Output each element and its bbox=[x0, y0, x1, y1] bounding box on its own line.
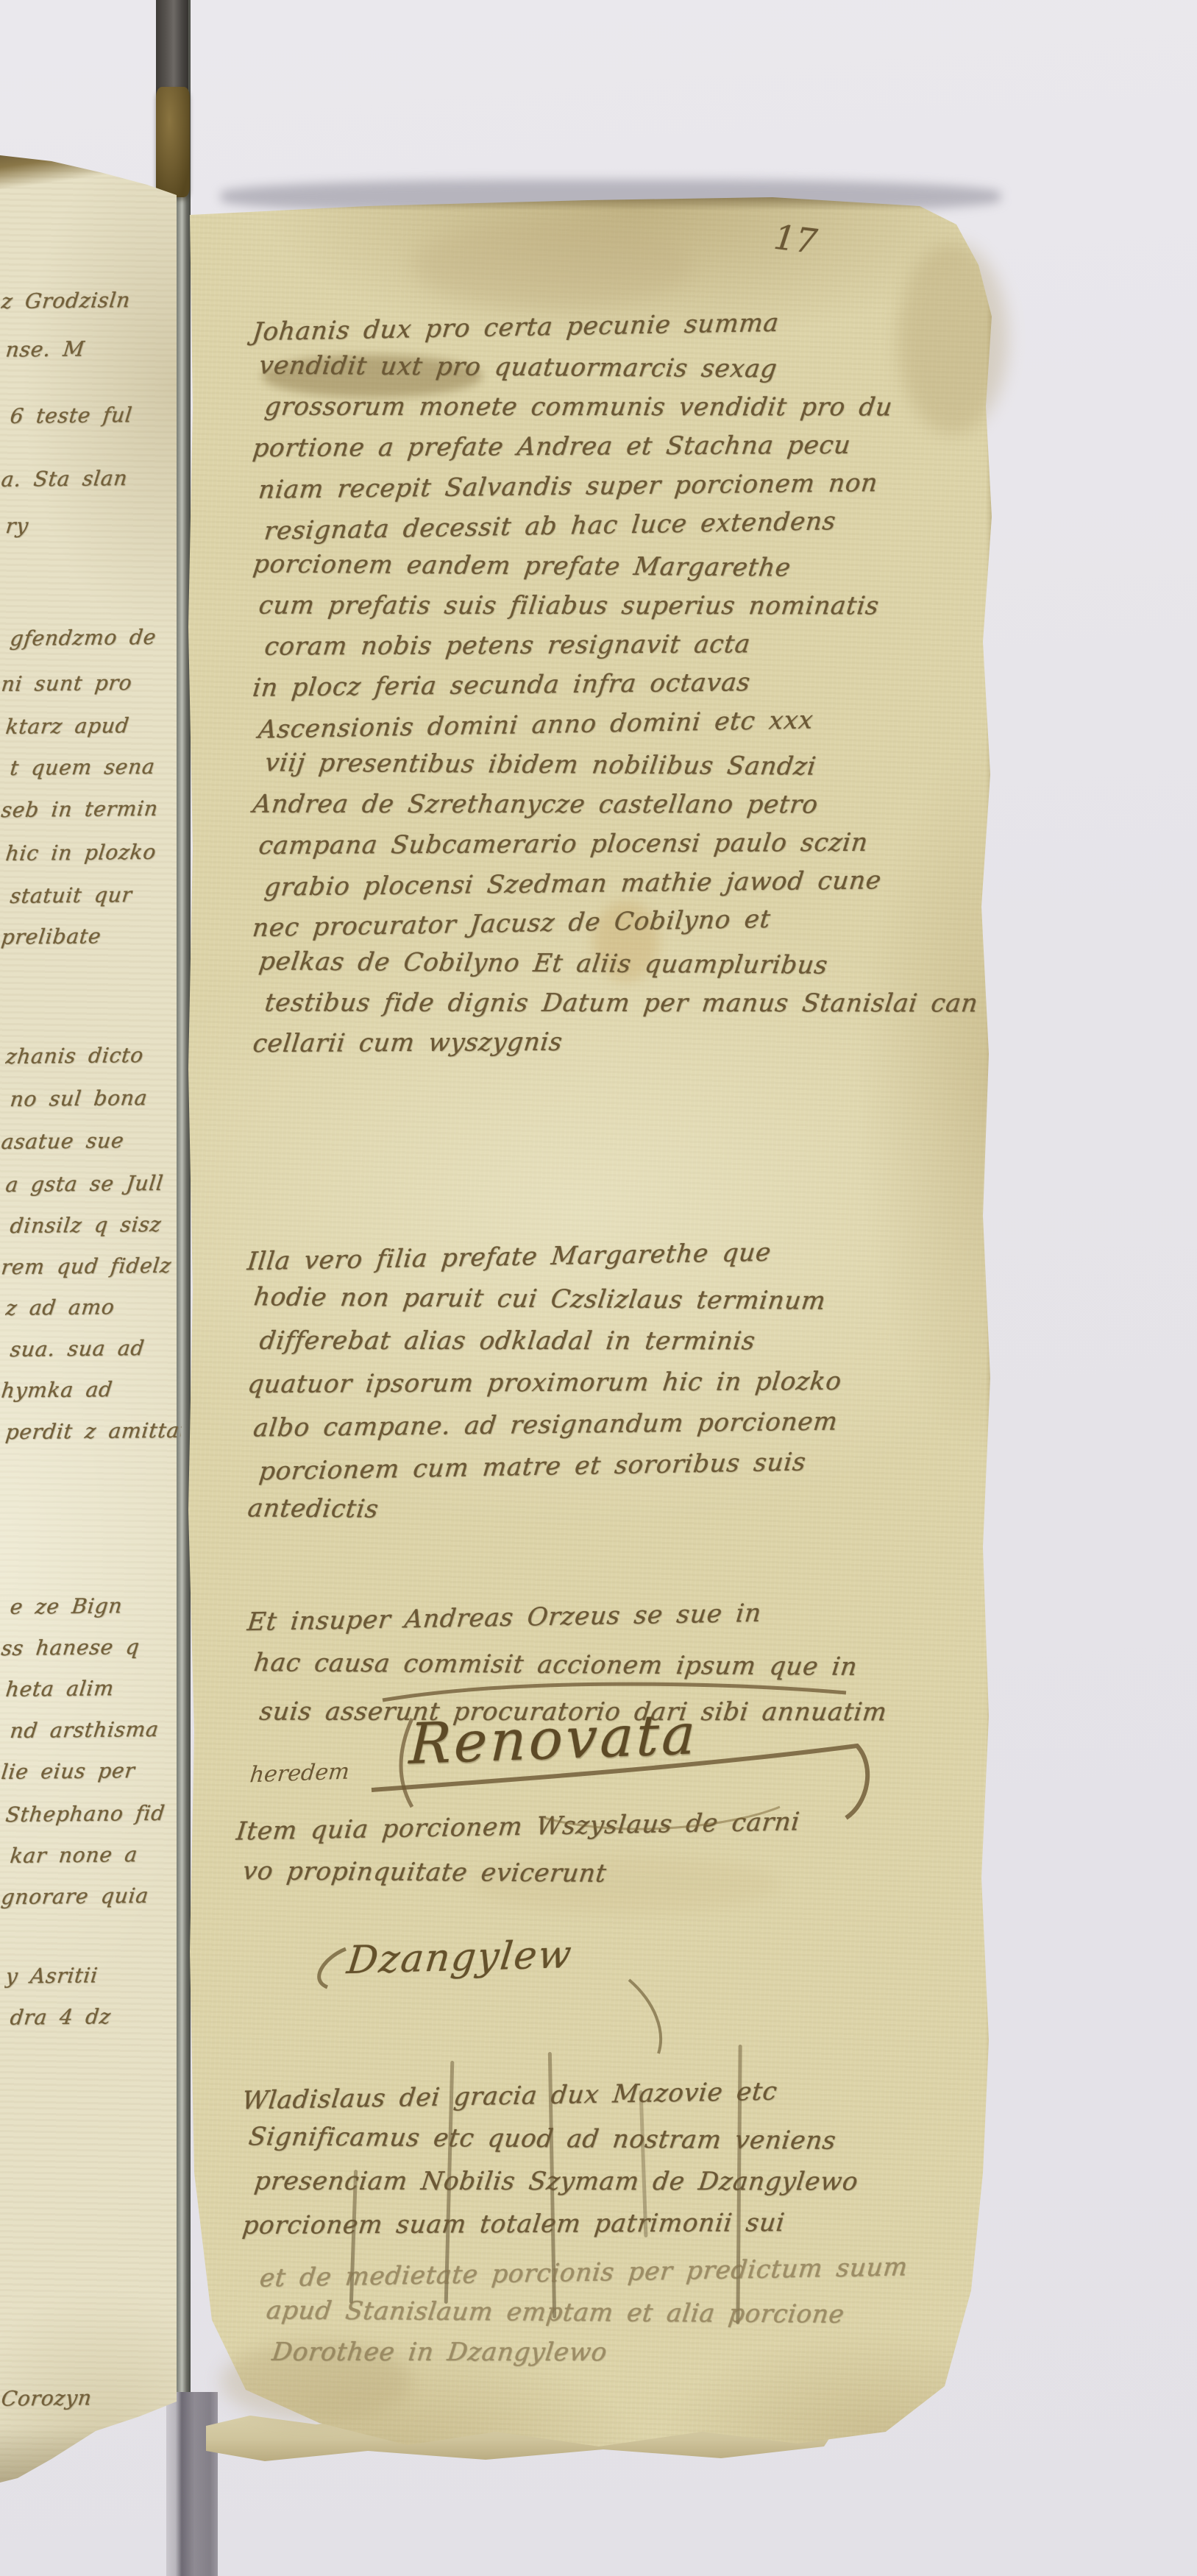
manuscript-line: viij presentibus ibidem nobilibus Sandzi bbox=[263, 748, 818, 781]
manuscript-line: coram nobis petens resignavit acta bbox=[263, 629, 752, 661]
section-heading: Dzangylew bbox=[345, 1933, 575, 1983]
manuscript-line: cellarii cum wyszygnis bbox=[252, 1027, 564, 1058]
manuscript-line: vendidit uxt pro quatuormarcis sexag bbox=[257, 351, 779, 384]
manuscript-line: Et insuper Andreas Orzeus se sue in bbox=[246, 1599, 763, 1637]
manuscript-line: presenciam Nobilis Szymam de Dzangylewo bbox=[253, 2167, 860, 2197]
manuscript-line: resignata decessit ab hac luce extendens bbox=[263, 506, 837, 546]
manuscript-line: vo propinquitate evicerunt bbox=[241, 1856, 608, 1888]
manuscript-line: Wladislaus dei gracia dux Mazovie etc bbox=[241, 2077, 779, 2116]
manuscript-line: Johanis dux pro certa pecunie summa bbox=[251, 308, 781, 347]
manuscript-line: antedictis bbox=[246, 1493, 380, 1524]
manuscript-photo: z Grodzislnnse. M6 teste fula. Sta slanr… bbox=[0, 0, 1197, 2576]
right-page-text: Johanis dux pro certa pecunie summavendi… bbox=[0, 0, 1197, 2576]
renovata-annotation: Renovata bbox=[408, 1701, 700, 1777]
manuscript-line: Illa vero filia prefate Margarethe que bbox=[246, 1238, 772, 1276]
manuscript-line: Ascensionis domini anno domini etc xxx bbox=[257, 705, 814, 744]
manuscript-line: portione a prefate Andrea et Stachna pec… bbox=[251, 431, 852, 463]
manuscript-line: et de medietate porcionis per predictum … bbox=[258, 2252, 909, 2293]
folio-number: 17 bbox=[772, 217, 820, 262]
manuscript-line: Significamus etc quod ad nostram veniens bbox=[247, 2122, 838, 2156]
manuscript-line: albo campane. ad resignandum porcionem bbox=[252, 1407, 839, 1443]
manuscript-line: Item quia porcionem Wszyslaus de carni bbox=[235, 1807, 801, 1846]
manuscript-line: grossorum monete communis vendidit pro d… bbox=[263, 392, 895, 422]
manuscript-line: campana Subcamerario plocensi paulo sczi… bbox=[257, 828, 870, 860]
manuscript-line: apud Stanislaum emptam et alia porcione bbox=[265, 2296, 846, 2329]
manuscript-line: niam recepit Salvandis super porcionem n… bbox=[257, 468, 879, 505]
manuscript-line: porcionem suam totalem patrimonii sui bbox=[241, 2208, 786, 2240]
manuscript-line: porcionem eandem prefate Margarethe bbox=[252, 549, 793, 582]
manuscript-line: porcionem cum matre et sororibus suis bbox=[257, 1448, 808, 1487]
manuscript-line: pelkas de Cobilyno Et aliis quampluribus bbox=[257, 946, 830, 980]
manuscript-line: quatuor ipsorum proximorum hic in plozko bbox=[246, 1367, 843, 1399]
manuscript-line: nec procurator Jacusz de Cobilyno et bbox=[251, 905, 772, 943]
marginal-word: heredem bbox=[249, 1759, 351, 1788]
manuscript-line: cum prefatis suis filiabus superius nomi… bbox=[257, 591, 881, 621]
manuscript-line: Andrea de Szrethanycze castellano petro bbox=[252, 790, 820, 820]
manuscript-line: hac causa commisit accionem ipsum que in bbox=[252, 1648, 859, 1682]
manuscript-line: grabio plocensi Szedman mathie jawod cun… bbox=[263, 866, 883, 902]
manuscript-line: Dorothee in Dzangylewo bbox=[271, 2338, 609, 2367]
manuscript-line: hodie non paruit cui Czslizlaus terminum bbox=[252, 1282, 828, 1315]
manuscript-line: in plocz feria secunda infra octavas bbox=[251, 668, 752, 703]
manuscript-line: differebat alias odkladal in terminis bbox=[258, 1326, 757, 1356]
manuscript-line: testibus fide dignis Datum per manus Sta… bbox=[263, 988, 980, 1019]
